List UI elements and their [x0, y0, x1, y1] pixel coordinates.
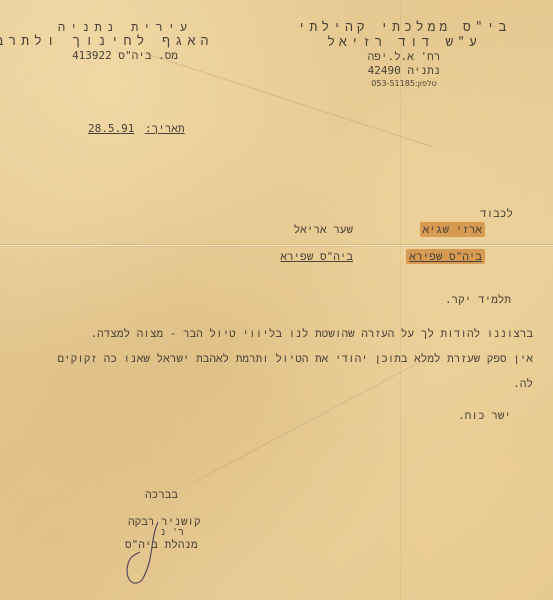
school-city: נתניה 42490: [279, 64, 529, 78]
school-name: בי"ס ממלכתי קהילתי: [279, 20, 529, 35]
recipient-school-highlight: ביה"ס שפירא: [406, 250, 485, 264]
date-label: תאריך:: [145, 122, 185, 135]
school-number: מס. ביה"ס 413922: [0, 49, 250, 63]
body-line-1: ברצוננו להודות לך על העזרה שהושטת לנו בל…: [90, 327, 533, 341]
closing-line: ישר כוח.: [458, 409, 511, 423]
handwritten-signature: [120, 520, 180, 585]
highlighted-name: ארזי שגיא: [420, 222, 485, 237]
highlighted-school: ביה"ס שפירא: [406, 249, 485, 264]
recipient-name: ארזי שגיא: [420, 223, 485, 237]
recipient-street: שער אריאל: [294, 223, 353, 237]
date-line: תאריך: 28.5.91: [88, 122, 185, 136]
municipality-name: עירית נתניה: [0, 20, 250, 34]
school-subname: ע"ש דוד רזיאל: [279, 35, 529, 50]
letterhead-municipality: עירית נתניה האגף לחינוך ולתרבות מס. ביה"…: [0, 20, 250, 63]
department-name: האגף לחינוך ולתרבות: [0, 34, 250, 49]
body-line-3: לה.: [513, 377, 533, 391]
date-value: 28.5.91: [88, 122, 134, 135]
blessing: בברכה: [145, 488, 178, 502]
school-street: רח' א.ל.יפה: [279, 50, 529, 64]
school-phone: טלפון:053-51185: [279, 78, 529, 90]
letterhead-school: בי"ס ממלכתי קהילתי ע"ש דוד רזיאל רח' א.ל…: [279, 20, 529, 90]
to-label: לכבוד: [480, 207, 513, 221]
salutation: תלמיד יקר.: [445, 293, 511, 307]
recipient-school: ביה"ס שפירא: [280, 250, 353, 264]
body-line-2: אין ספק שעזרת למלא בתוכן יהודי את הטיול …: [57, 352, 533, 366]
